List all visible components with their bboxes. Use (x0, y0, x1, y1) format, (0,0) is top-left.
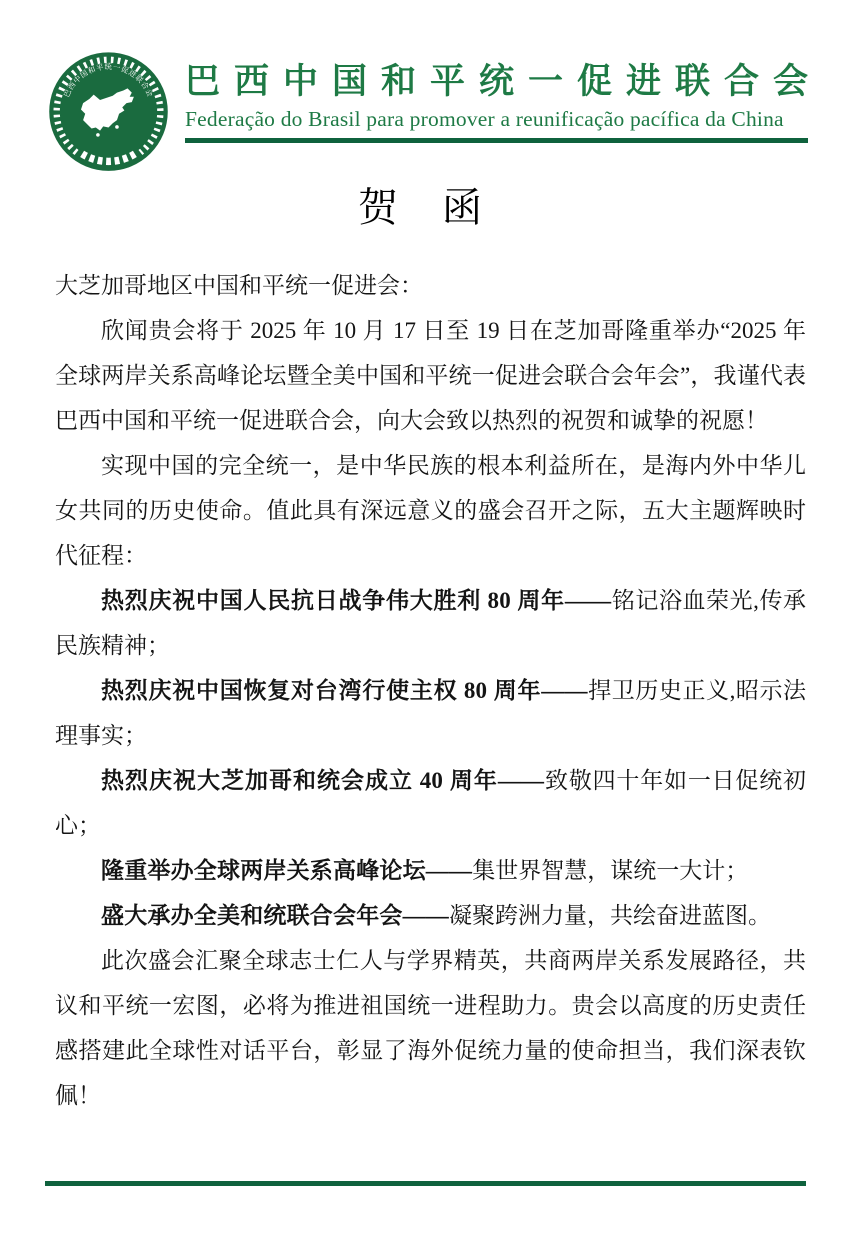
letter-page: 巴西中国和平统一促进联合会 巴西中国和平统一促进联合会 Federação do… (0, 0, 842, 1257)
theme-item: 热烈庆祝中国人民抗日战争伟大胜利 80 周年——铭记浴血荣光,传承民族精神； (55, 578, 806, 668)
letterhead: 巴西中国和平统一促进联合会 巴西中国和平统一促进联合会 Federação do… (45, 46, 808, 173)
org-name-pt: Federação do Brasil para promover a reun… (185, 107, 808, 132)
org-name-zh: 巴西中国和平统一促进联合会 (185, 60, 808, 104)
theme-lead: 热烈庆祝大芝加哥和统会成立 40 周年—— (101, 768, 544, 793)
theme-lead: 热烈庆祝中国人民抗日战争伟大胜利 80 周年—— (101, 588, 611, 613)
theme-rest: 凝聚跨洲力量，共绘奋进蓝图。 (449, 903, 771, 928)
theme-rest: 集世界智慧，谋统一大计； (472, 858, 748, 883)
federation-logo-icon: 巴西中国和平统一促进联合会 (45, 46, 172, 173)
theme-item: 热烈庆祝中国恢复对台湾行使主权 80 周年——捍卫历史正义,昭示法理事实； (55, 668, 806, 758)
theme-lead: 盛大承办全美和统联合会年会—— (101, 903, 449, 928)
paragraph-unity: 实现中国的完全统一，是中华民族的根本利益所在，是海内外中华儿女共同的历史使命。值… (55, 443, 806, 578)
theme-item: 盛大承办全美和统联合会年会——凝聚跨洲力量，共绘奋进蓝图。 (55, 893, 806, 938)
letter-title: 贺 函 (0, 176, 842, 233)
theme-lead: 热烈庆祝中国恢复对台湾行使主权 80 周年—— (101, 678, 588, 703)
theme-lead: 隆重举办全球两岸关系高峰论坛—— (101, 858, 472, 883)
letterhead-rule (185, 138, 808, 143)
salutation: 大芝加哥地区中国和平统一促进会： (55, 263, 806, 308)
theme-item: 热烈庆祝大芝加哥和统会成立 40 周年——致敬四十年如一日促统初心； (55, 758, 806, 848)
letterhead-text-block: 巴西中国和平统一促进联合会 Federação do Brasil para p… (185, 46, 808, 143)
paragraph-announcement: 欣闻贵会将于 2025 年 10 月 17 日至 19 日在芝加哥隆重举办“20… (55, 308, 806, 443)
footer-rule (45, 1181, 806, 1186)
letter-body: 大芝加哥地区中国和平统一促进会： 欣闻贵会将于 2025 年 10 月 17 日… (55, 263, 806, 1118)
paragraph-closing: 此次盛会汇聚全球志士仁人与学界精英，共商两岸关系发展路径，共议和平统一宏图，必将… (55, 938, 806, 1118)
theme-item: 隆重举办全球两岸关系高峰论坛——集世界智慧，谋统一大计； (55, 848, 806, 893)
